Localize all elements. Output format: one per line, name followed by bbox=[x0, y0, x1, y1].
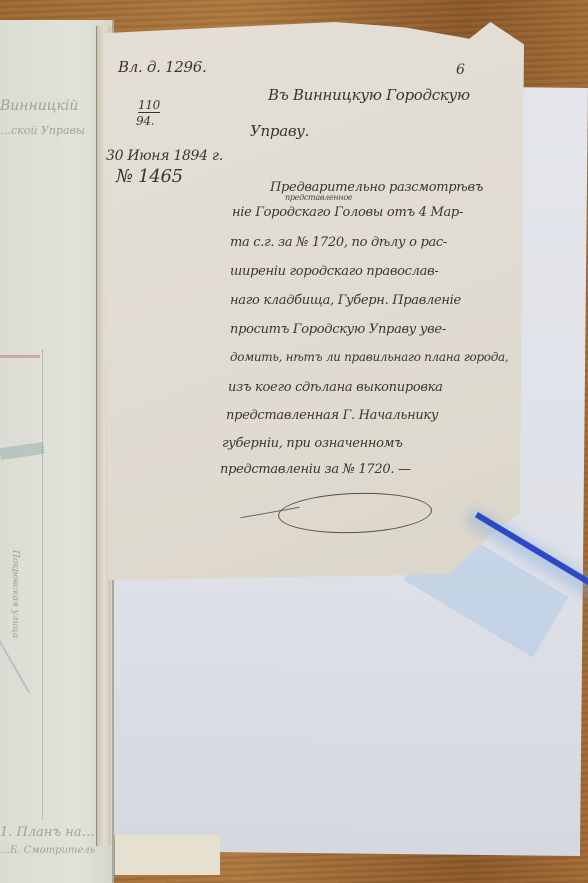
page-number-mark: 6 bbox=[456, 62, 465, 78]
plan-header-line2: …ской Управы bbox=[0, 124, 85, 137]
addressee-line-2: Управу. bbox=[250, 122, 309, 140]
fraction-denominator: 94. bbox=[136, 114, 154, 128]
letter-date: 30 Июня 1894 г. bbox=[106, 148, 223, 164]
plan-teal-street bbox=[0, 442, 45, 460]
body-line-11: представленіи за № 1720. — bbox=[220, 462, 411, 477]
body-line-4: ширеніи городскаго православ- bbox=[230, 264, 438, 279]
fraction-numerator: 110 bbox=[138, 98, 160, 113]
body-line-3: та с.г. за № 1720, по дѣлу о рас- bbox=[230, 235, 447, 250]
addressee-line-1: Въ Винницкую Городскую bbox=[268, 86, 470, 104]
plan-vertical-label: Покровская улица bbox=[10, 550, 20, 638]
plan-pink-boundary bbox=[0, 355, 40, 358]
letter-number: № 1465 bbox=[116, 166, 183, 187]
plan-diagonal-road bbox=[0, 640, 30, 693]
plan-footer-line2: …Б. Смотритель bbox=[0, 845, 95, 856]
body-line-7: домить, нѣтъ ли правильнаго плана города… bbox=[230, 350, 508, 364]
body-line-9: представленная Г. Начальнику bbox=[226, 408, 438, 423]
file-reference: Вл. д. 1296. bbox=[118, 58, 207, 76]
body-line-5: наго кладбища, Губерн. Правленіе bbox=[230, 293, 461, 308]
body-line-6: проситъ Городскую Управу уве- bbox=[230, 322, 446, 337]
plan-header-line1: Винницкій bbox=[0, 98, 78, 114]
body-line-2: ніе Городскаго Головы отъ 4 Мар- bbox=[232, 205, 463, 220]
underlying-page-edge bbox=[114, 835, 220, 875]
plan-footer-line1: 1. Планъ на… bbox=[0, 825, 95, 840]
body-line-8: изъ коего сдѣлана выкопировка bbox=[228, 380, 443, 395]
body-line-1: Предварительно разсмотрѣвъ bbox=[270, 180, 483, 195]
plan-dotted-line bbox=[42, 350, 43, 820]
body-line-10: губерніи, при означенномъ bbox=[222, 436, 403, 451]
